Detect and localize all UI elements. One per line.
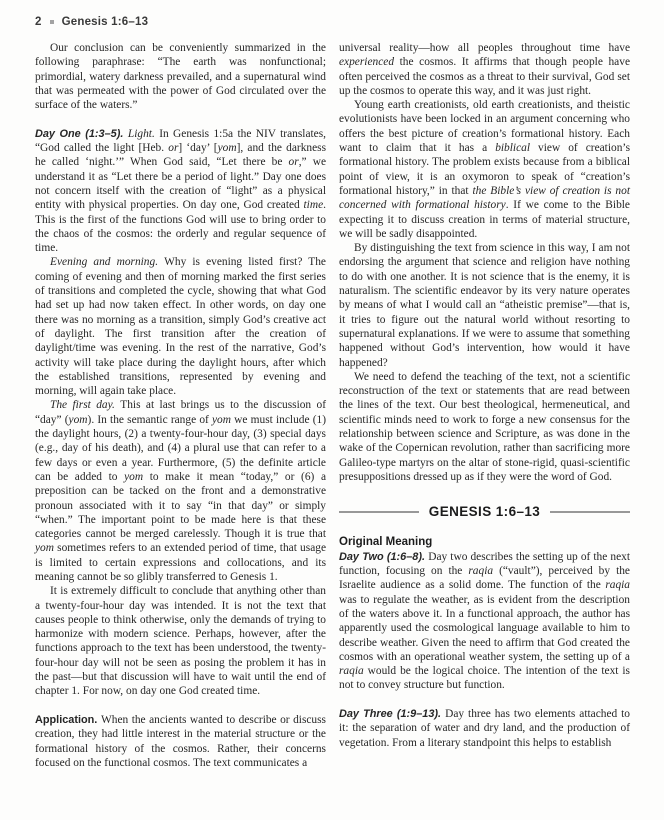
text-run: yom <box>124 471 143 483</box>
text-run: raqia <box>605 579 630 591</box>
running-head: 2 Genesis 1:6–13 <box>35 16 632 28</box>
text-run: yom <box>212 414 231 426</box>
right-column-upper-text: universal reality—how all peoples throug… <box>339 41 630 484</box>
paragraph: Day Three (1:9–13). Day three has two el… <box>339 707 630 750</box>
paragraph-lead-in: Day Three (1:9–13). <box>339 708 445 720</box>
two-column-text: Our conclusion can be conveniently summa… <box>35 41 632 770</box>
paragraph: Evening and morning. Why is evening list… <box>35 255 326 398</box>
paragraph: It is extremely difficult to conclude th… <box>35 584 326 698</box>
paragraph-lead-in: Day Two (1:6–8). <box>339 551 428 563</box>
section-heading-rule-left <box>339 511 419 513</box>
text-run: sometimes refers to an extended period o… <box>35 542 326 583</box>
text-run: Light. <box>128 128 159 140</box>
section-heading: GENESIS 1:6–13 <box>339 505 630 519</box>
paragraph: By distinguishing the text from science … <box>339 241 630 370</box>
text-run: yom <box>69 414 88 426</box>
right-column-lower-text: Day Two (1:6–8). Day two describes the s… <box>339 550 630 750</box>
paragraph: Day Two (1:6–8). Day two describes the s… <box>339 550 630 693</box>
paragraph: Young earth creationists, old earth crea… <box>339 98 630 241</box>
text-run: By distinguishing the text from science … <box>339 242 630 368</box>
paragraph: universal reality—how all peoples throug… <box>339 41 630 98</box>
square-bullet-icon <box>50 20 54 24</box>
text-run: The first day. <box>50 399 120 411</box>
text-run: raqia <box>468 565 493 577</box>
text-run: Evening and morning. <box>50 256 164 268</box>
paragraph: We need to defend the teaching of the te… <box>339 370 630 484</box>
section-heading-title: GENESIS 1:6–13 <box>429 505 540 519</box>
text-run: Our conclusion can be conveniently summa… <box>35 42 326 111</box>
text-run: or <box>289 156 299 168</box>
paragraph-lead-in: Day One (1:3–5). <box>35 128 128 140</box>
text-run: would be the logical choice. The intenti… <box>339 665 630 691</box>
section-heading-rule-right <box>550 511 630 513</box>
text-run: time <box>304 199 324 211</box>
text-run: was to regulate the weather, as is evide… <box>339 594 630 663</box>
paragraph: The first day. This at last brings us to… <box>35 398 326 584</box>
paragraph-lead-in: Application. <box>35 714 101 726</box>
running-title: Genesis 1:6–13 <box>62 16 149 28</box>
text-run: experienced <box>339 56 394 68</box>
text-run: universal reality—how all peoples throug… <box>339 42 630 54</box>
paragraph: Application. When the ancients wanted to… <box>35 713 326 770</box>
text-run: or <box>168 142 178 154</box>
text-run: yom <box>218 142 237 154</box>
book-page: 2 Genesis 1:6–13 Our conclusion can be c… <box>0 0 664 770</box>
text-run: ] ‘day’ [ <box>178 142 217 154</box>
page-number: 2 <box>35 16 42 28</box>
right-column: universal reality—how all peoples throug… <box>339 41 630 770</box>
text-run: biblical <box>495 142 530 154</box>
text-run: It is extremely difficult to conclude th… <box>35 585 326 697</box>
text-run: Why is evening listed first? The coming … <box>35 256 326 397</box>
text-run: ). In the semantic range of <box>88 414 212 426</box>
left-column: Our conclusion can be conveniently summa… <box>35 41 326 770</box>
text-run: raqia <box>339 665 364 677</box>
paragraph: Day One (1:3–5). Light. In Genesis 1:5a … <box>35 127 326 256</box>
text-run: yom <box>35 542 54 554</box>
original-meaning-heading: Original Meaning <box>339 535 630 549</box>
text-run: We need to defend the teaching of the te… <box>339 371 630 483</box>
paragraph: Our conclusion can be conveniently summa… <box>35 41 326 112</box>
